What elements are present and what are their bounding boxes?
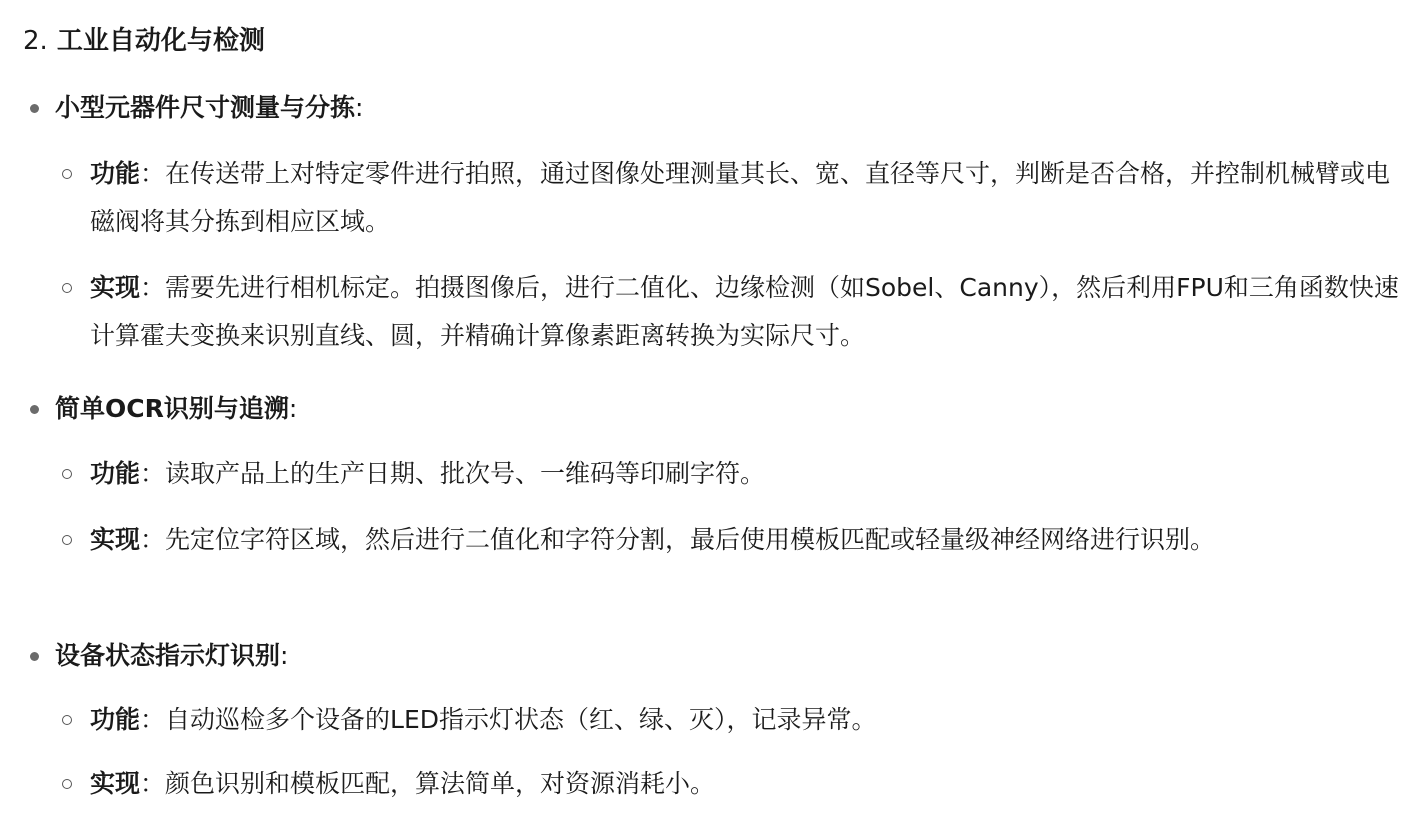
section-number: 2. — [23, 26, 48, 56]
item-colon: : — [355, 89, 363, 127]
bullet-circle-icon — [62, 469, 72, 479]
function-text: ：自动巡检多个设备的LED指示灯状态（红、绿、灭），记录异常。 — [140, 705, 876, 734]
bullet-dot-icon — [30, 652, 39, 661]
implementation-label: 实现 — [90, 525, 140, 554]
implementation-label: 实现 — [90, 769, 140, 798]
function-text: ：读取产品上的生产日期、批次号、一维码等印刷字符。 — [140, 459, 765, 488]
function-label: 功能 — [90, 159, 140, 188]
list-item-indicator-light: 设备状态指示灯识别: — [30, 637, 288, 675]
function-text: ：在传送带上对特定零件进行拍照，通过图像处理测量其长、宽、直径等尺寸，判断是否合… — [90, 159, 1390, 236]
sub-item-function: 功能：在传送带上对特定零件进行拍照，通过图像处理测量其长、宽、直径等尺寸，判断是… — [62, 150, 1402, 246]
bullet-circle-icon — [62, 715, 72, 725]
implementation-label: 实现 — [90, 273, 140, 302]
section-title: 工业自动化与检测 — [57, 26, 265, 56]
implementation-text: ：先定位字符区域，然后进行二值化和字符分割，最后使用模板匹配或轻量级神经网络进行… — [140, 525, 1215, 554]
function-label: 功能 — [90, 705, 140, 734]
sub-item-function: 功能：读取产品上的生产日期、批次号、一维码等印刷字符。 — [62, 450, 1402, 498]
item-colon: : — [289, 390, 297, 428]
section-heading: 2. 工业自动化与检测 — [23, 22, 265, 60]
implementation-text: ：颜色识别和模板匹配，算法简单，对资源消耗小。 — [140, 769, 715, 798]
implementation-text: ：需要先进行相机标定。拍摄图像后，进行二值化、边缘检测（如Sobel、Canny… — [90, 273, 1399, 350]
list-item-ocr: 简单OCR识别与追溯: — [30, 390, 297, 428]
bullet-circle-icon — [62, 535, 72, 545]
item-title: 简单OCR识别与追溯 — [55, 390, 289, 428]
bullet-circle-icon — [62, 283, 72, 293]
bullet-circle-icon — [62, 169, 72, 179]
bullet-dot-icon — [30, 405, 39, 414]
sub-item-implementation: 实现：颜色识别和模板匹配，算法简单，对资源消耗小。 — [62, 760, 1402, 808]
sub-item-function: 功能：自动巡检多个设备的LED指示灯状态（红、绿、灭），记录异常。 — [62, 696, 1402, 744]
item-title: 小型元器件尺寸测量与分拣 — [55, 89, 355, 127]
list-item-component-measurement: 小型元器件尺寸测量与分拣: — [30, 89, 363, 127]
bullet-circle-icon — [62, 779, 72, 789]
bullet-dot-icon — [30, 104, 39, 113]
sub-item-implementation: 实现：需要先进行相机标定。拍摄图像后，进行二值化、边缘检测（如Sobel、Can… — [62, 264, 1402, 360]
item-title: 设备状态指示灯识别 — [55, 637, 280, 675]
item-colon: : — [280, 637, 288, 675]
function-label: 功能 — [90, 459, 140, 488]
sub-item-implementation: 实现：先定位字符区域，然后进行二值化和字符分割，最后使用模板匹配或轻量级神经网络… — [62, 516, 1402, 564]
